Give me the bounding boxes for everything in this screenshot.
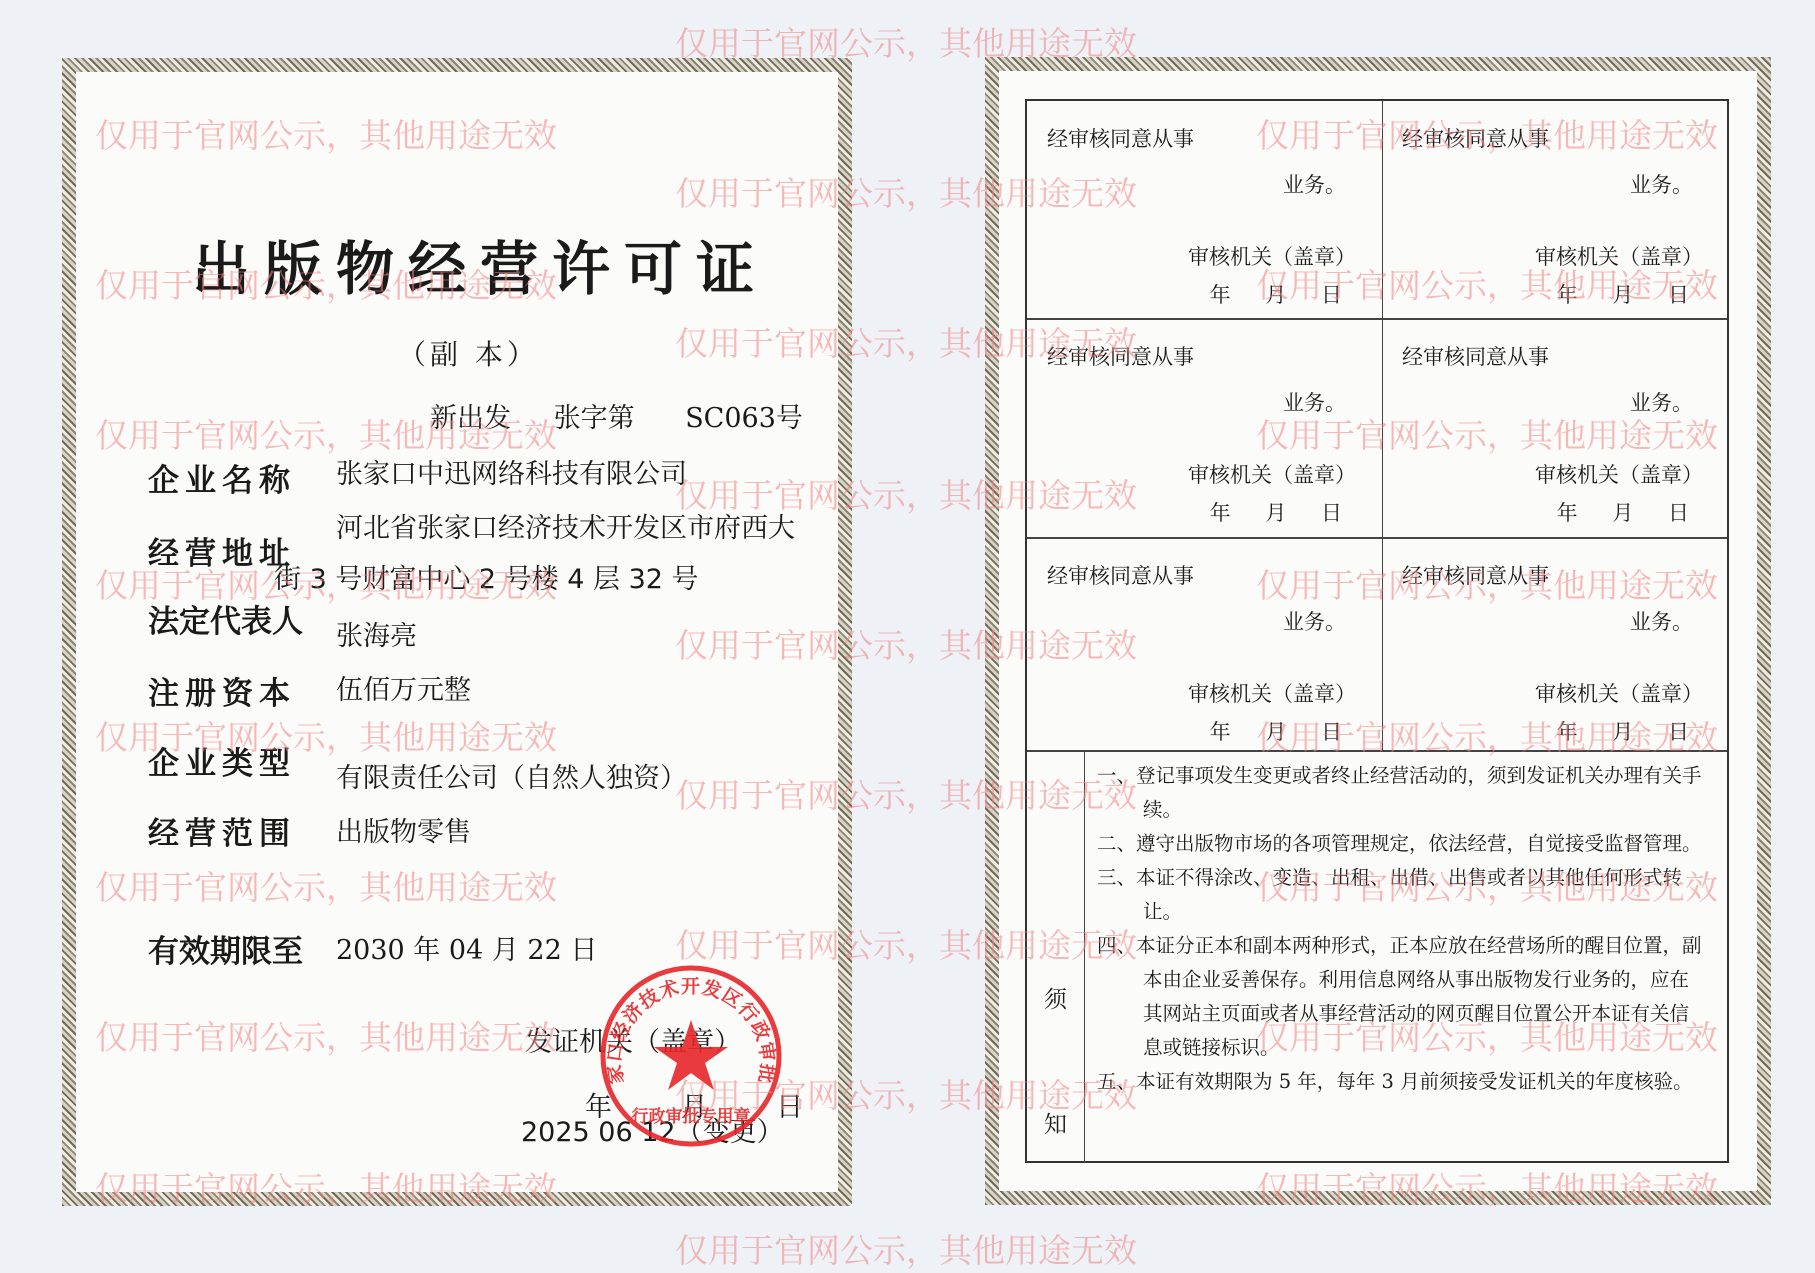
notice-item: 五、本证有效期限为 5 年，每年 3 月前须接受发证机关的年度核验。	[1097, 1065, 1707, 1099]
endorsement-date-text: 年 月 日	[1557, 716, 1703, 746]
watermark-text: 仅用于官网公示，其他用途无效	[675, 1225, 1137, 1272]
field-label-company-name: 企业名称	[148, 455, 296, 500]
endorsement-cell: 经审核同意从事 业务。 审核机关（盖章） 年 月 日	[1027, 538, 1382, 750]
license-code: SC063号	[685, 396, 803, 435]
endorsement-cell: 经审核同意从事 业务。 审核机关（盖章） 年 月 日	[1382, 319, 1729, 537]
endorsement-approve-text: 经审核同意从事	[1047, 123, 1194, 153]
endorsement-approve-text: 经审核同意从事	[1402, 341, 1549, 371]
field-label-business-scope: 经营范围	[148, 808, 296, 853]
endorsement-approve-text: 经审核同意从事	[1047, 560, 1194, 590]
notice-item: 三、本证不得涂改、变造、出租、出借、出售或者以其他任何形式转让。	[1097, 861, 1707, 929]
certificate-subtitle: （副 本）	[398, 333, 539, 373]
endorsement-date-text: 年 月 日	[1210, 279, 1356, 309]
endorsement-business-text: 业务。	[1630, 169, 1693, 199]
validity-label: 有效期限至	[148, 926, 303, 971]
notice-label-top: 须	[1027, 981, 1084, 1014]
license-prefix: 新出发	[430, 396, 511, 435]
endorsement-table: 经审核同意从事 业务。 审核机关（盖章） 年 月 日 经审核同意从事 业务。 审…	[1025, 99, 1729, 1163]
endorsement-authority-text: 审核机关（盖章）	[1188, 459, 1356, 489]
notice-item: 二、遵守出版物市场的各项管理规定，依法经营，自觉接受监督管理。	[1097, 827, 1707, 861]
endorsement-cell: 经审核同意从事 业务。 审核机关（盖章） 年 月 日	[1382, 101, 1729, 318]
field-label-enterprise-type: 企业类型	[148, 738, 296, 783]
validity-date: 2030 年 04 月 22 日	[336, 928, 597, 967]
field-value-business-scope: 出版物零售	[336, 810, 471, 849]
field-value-company-name: 张家口中迅网络科技有限公司	[336, 452, 687, 491]
endorsement-approve-text: 经审核同意从事	[1402, 123, 1549, 153]
field-value-registered-capital: 伍佰万元整	[336, 668, 471, 707]
endorsement-business-text: 业务。	[1630, 606, 1693, 636]
endorsement-cell: 经审核同意从事 业务。 审核机关（盖章） 年 月 日	[1027, 101, 1382, 318]
endorsement-approve-text: 经审核同意从事	[1047, 341, 1194, 371]
endorsement-authority-text: 审核机关（盖章）	[1535, 459, 1703, 489]
endorsement-business-text: 业务。	[1630, 387, 1693, 417]
field-value-enterprise-type: 有限责任公司（自然人独资）	[336, 756, 687, 795]
endorsement-approve-text: 经审核同意从事	[1402, 560, 1549, 590]
field-label-legal-rep: 法定代表人	[148, 596, 303, 641]
endorsement-authority-text: 审核机关（盖章）	[1535, 241, 1703, 271]
endorsement-authority-text: 审核机关（盖章）	[1535, 678, 1703, 708]
field-value-address-line1: 河北省张家口经济技术开发区市府西大	[336, 506, 795, 545]
notice-item: 四、本证分正本和副本两种形式，正本应放在经营场所的醒目位置，副本由企业妥善保存。…	[1097, 929, 1707, 1065]
svg-text:行政审批专用章: 行政审批专用章	[632, 1106, 751, 1127]
official-seal-icon: 张家口经济技术开发区行政审批局 行政审批专用章	[597, 962, 785, 1150]
notice-list: 一、登记事项发生变更或者终止经营活动的，须到发证机关办理有关手续。 二、遵守出版…	[1097, 759, 1707, 1099]
endorsement-authority-text: 审核机关（盖章）	[1188, 241, 1356, 271]
field-value-address-line2: 街 3 号财富中心 2 号楼 4 层 32 号	[274, 557, 699, 596]
endorsement-cell: 经审核同意从事 业务。 审核机关（盖章） 年 月 日	[1382, 538, 1729, 750]
notice-label-bottom: 知	[1027, 1106, 1084, 1139]
certificate-title: 出版物经营许可证	[192, 222, 768, 306]
license-mid: 张字第	[554, 396, 635, 435]
endorsement-date-text: 年 月 日	[1210, 497, 1356, 527]
endorsement-cell: 经审核同意从事 业务。 审核机关（盖章） 年 月 日	[1027, 319, 1382, 537]
endorsement-business-text: 业务。	[1283, 606, 1346, 636]
field-value-legal-rep: 张海亮	[336, 614, 417, 653]
endorsement-date-text: 年 月 日	[1210, 716, 1356, 746]
endorsement-business-text: 业务。	[1283, 169, 1346, 199]
endorsement-date-text: 年 月 日	[1557, 279, 1703, 309]
license-number: 新出发 张字第 SC063号	[430, 396, 803, 435]
endorsement-business-text: 业务。	[1283, 387, 1346, 417]
endorsement-authority-text: 审核机关（盖章）	[1188, 678, 1356, 708]
endorsement-date-text: 年 月 日	[1557, 497, 1703, 527]
field-label-registered-capital: 注册资本	[148, 668, 296, 713]
notice-item: 一、登记事项发生变更或者终止经营活动的，须到发证机关办理有关手续。	[1097, 759, 1707, 827]
